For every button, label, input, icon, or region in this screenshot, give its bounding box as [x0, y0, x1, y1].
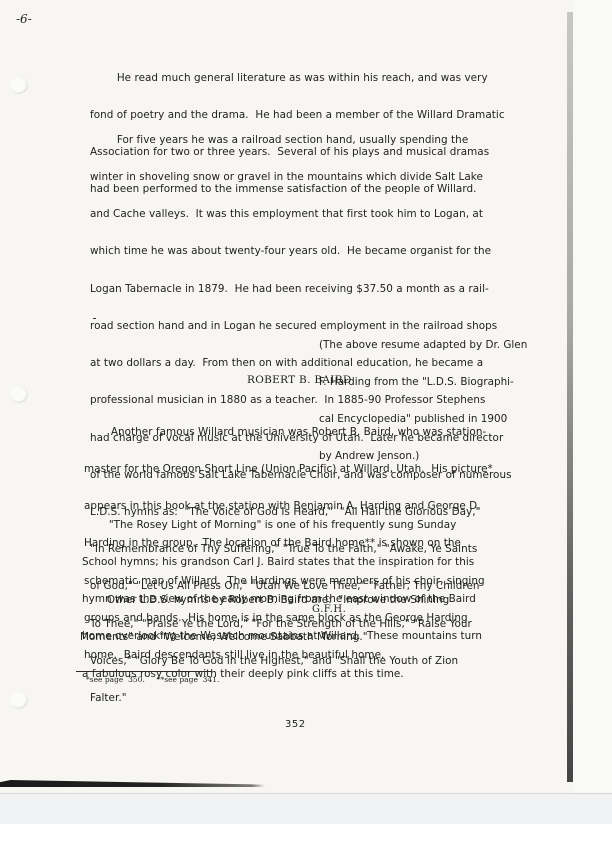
text-line: and Cache valleys. It was this employmen…: [90, 208, 512, 220]
paragraph-5: Other L.D.S. hymns by Robert B. Baird ar…: [80, 569, 449, 656]
right-margin: [573, 0, 612, 793]
page-number: 352: [285, 719, 306, 730]
citation-line: (The above resume adapted by Dr. Glen: [319, 339, 527, 351]
punch-hole-middle: [10, 386, 28, 403]
text-line: Moments" and "Welcome, Welcome Sabbath M…: [80, 631, 449, 643]
footnote-divider: [76, 671, 212, 672]
text-line: "The Rosey Light of Morning" is one of h…: [82, 519, 482, 531]
text-line: Other L.D.S. hymns by Robert B. Baird ar…: [80, 594, 449, 606]
section-heading: ROBERT B. BAIRD: [247, 374, 352, 386]
text-line: For five years he was a railroad section…: [90, 134, 512, 146]
scan-edge-shadow: [567, 12, 573, 782]
text-line: Logan Tabernacle in 1879. He had been re…: [90, 283, 512, 295]
handwritten-page-mark: -6-: [16, 12, 32, 26]
footnotes: *see page 350. **see page 341.: [86, 675, 219, 684]
text-line: winter in shoveling snow or gravel in th…: [90, 171, 512, 183]
punch-hole-top: [10, 77, 28, 94]
punch-hole-bottom: [10, 692, 28, 709]
scan-bottom-edge: [0, 793, 612, 824]
text-line: He read much general literature as was w…: [90, 72, 505, 84]
author-initials: G.F.H.: [312, 604, 346, 615]
text-line: Falter.": [90, 692, 512, 704]
text-line: Another famous Willard musician was Robe…: [84, 426, 493, 438]
text-line: School hymns; his grandson Carl J. Baird…: [82, 556, 482, 568]
stray-mark: [93, 318, 96, 319]
text-line: which time he was about twenty-four year…: [90, 245, 512, 257]
text-line: master for the Oregon Short Line (Union …: [84, 463, 493, 475]
